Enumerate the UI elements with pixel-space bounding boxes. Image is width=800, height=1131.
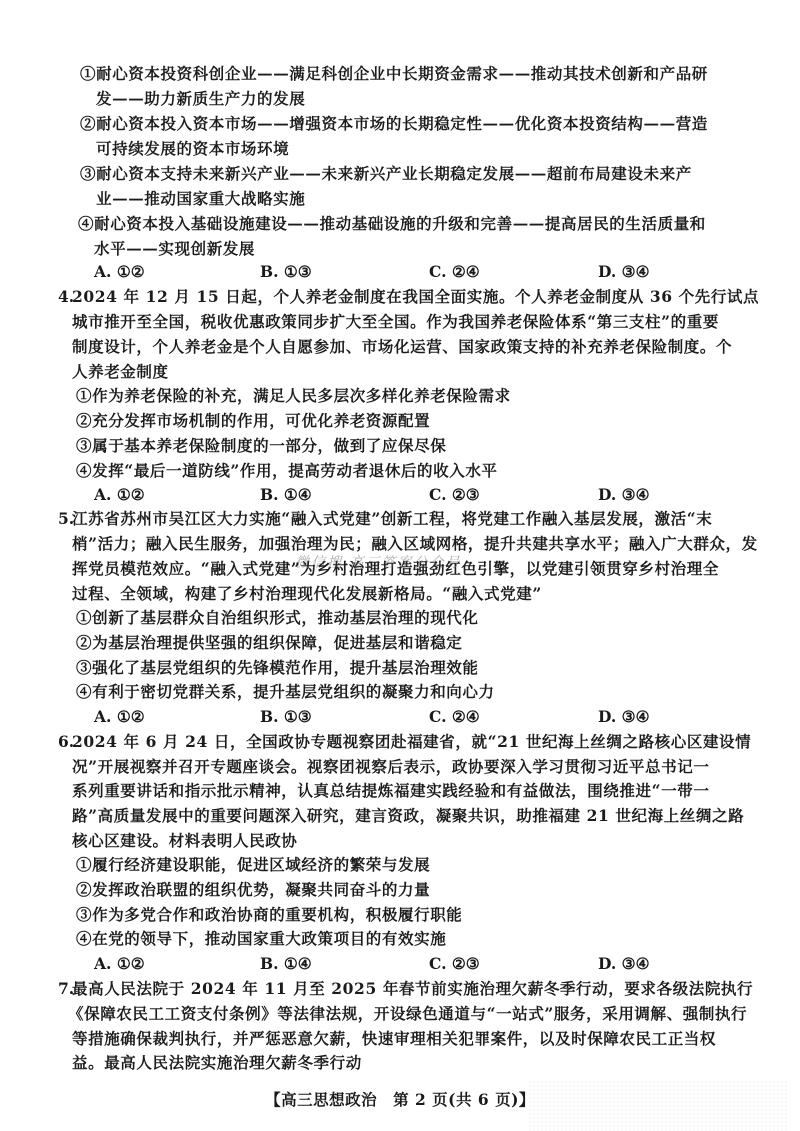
exam-page: ①耐心资本投资科创企业——满足科创企业中长期资金需求——推动其技术创新和产品研 … xyxy=(0,0,800,1131)
q5-stem-line: 过程、全领域，构建了乡村治理现代化发展新格局。“融入式党建” xyxy=(72,584,542,604)
q4-option-2: ②充分发挥市场机制的作用，可优化养老资源配置 xyxy=(76,411,430,431)
q4-stem-line: 制度设计，个人养老金是个人自愿参加、市场化运营、国家政策支持的补充养老保险制度。… xyxy=(72,337,732,357)
q5-stem-line: 梢”活力；融入民生服务，加强治理为民；融入区域网格，提升共建共享水平；融入广大群… xyxy=(72,534,758,554)
q3-option-3-line-2: 业——推动国家重大战略实施 xyxy=(96,189,305,209)
q3-answer-c: C. ②④ xyxy=(429,262,480,282)
q5-option-2: ②为基层治理提供坚强的组织保障，促进基层和谐稳定 xyxy=(76,633,462,653)
q5-answer-a: A. ①② xyxy=(94,707,145,727)
q3-answer-a: A. ①② xyxy=(94,262,145,282)
q3-option-1-line-2: 发——助力新质生产力的发展 xyxy=(96,89,305,109)
q7-stem-line: 益。最高人民法院实施治理欠薪冬季行动 xyxy=(72,1053,362,1073)
q3-option-4-line-2: 水平——实现创新发展 xyxy=(94,239,255,259)
q5-option-3: ③强化了基层党组织的先锋模范作用，提升基层治理效能 xyxy=(76,658,479,678)
q6-option-1: ①履行经济建设职能，促进区域经济的繁荣与发展 xyxy=(76,855,430,875)
q6-stem-line: 况”开展视察并召开专题座谈会。视察团视察后表示，政协要深入学习贯彻习近平总书记一 xyxy=(72,757,709,777)
q3-option-2-line-1: ②耐心资本投入资本市场——增强资本市场的长期稳定性——优化资本投资结构——营造 xyxy=(80,114,708,134)
q4-stem-line: 人养老金制度 xyxy=(72,362,169,382)
q7-stem-line: 《保障农民工工资支付条例》等法律法规，开设绿色通道与“一站式”服务，采用调解、强… xyxy=(68,1004,747,1024)
q3-option-2-line-2: 可持续发展的资本市场环境 xyxy=(96,139,289,159)
q3-option-3-line-1: ③耐心资本支持未来新兴产业——未来新兴产业长期稳定发展——超前布局建设未来产 xyxy=(80,164,692,184)
q6-answer-d: D. ③④ xyxy=(598,954,649,974)
q6-option-4: ④在党的领导下，推动国家重大政策项目的有效实施 xyxy=(76,929,446,949)
q4-answer-d: D. ③④ xyxy=(598,485,649,505)
q5-option-4: ④有利于密切党群关系，提升基层党组织的凝聚力和向心力 xyxy=(76,682,495,702)
q3-option-4-line-1: ④耐心资本投入基础设施建设——推动基础设施的升级和完善——提高居民的生活质量和 xyxy=(78,214,706,234)
q5-option-1: ①创新了基层群众自治组织形式，推动基层治理的现代化 xyxy=(76,608,479,628)
q5-answer-d: D. ③④ xyxy=(598,707,649,727)
q6-stem-line: 系列重要讲话和指示批示精神，认真总结提炼福建实践经验和有益做法，围绕推进“一带一 xyxy=(72,781,709,801)
page-footer: 【高三思想政治 第 2 页(共 6 页)】 xyxy=(0,1088,800,1110)
q4-option-4: ④发挥“最后一道防线”作用，提高劳动者退休后的收入水平 xyxy=(76,461,498,481)
q6-option-2: ②发挥政治联盟的组织优势，凝聚共同奋斗的力量 xyxy=(76,880,430,900)
q6-stem-line: 路”高质量发展中的重要问题深入研究，建言资政，凝聚共识，助推福建 21 世纪海上… xyxy=(72,806,744,826)
q4-option-1: ①作为养老保险的补充，满足人民多层次多样化养老保险需求 xyxy=(76,386,511,406)
q4-answer-b: B. ①④ xyxy=(260,485,312,505)
q5-stem-line: 江苏省苏州市吴江区大力实施“融入式党建”创新工程，将党建工作融入基层发展，激活“… xyxy=(72,509,712,529)
handwritten-watermark: 微信搜 高三答案公众号 xyxy=(295,552,461,572)
q6-option-3: ③作为多党合作和政治协商的重要机构，积极履行职能 xyxy=(76,905,462,925)
q6-answer-a: A. ①② xyxy=(94,954,145,974)
q5-answer-b: B. ①③ xyxy=(260,707,312,727)
q6-answer-b: B. ①④ xyxy=(260,954,312,974)
q4-option-3: ③属于基本养老保险制度的一部分，做到了应保尽保 xyxy=(76,436,446,456)
q6-stem-line: 2024 年 6 月 24 日，全国政协专题视察团赴福建省，就“21 世纪海上丝… xyxy=(72,732,751,752)
q4-stem-line: 2024 年 12 月 15 日起，个人养老金制度在我国全面实施。个人养老金制度… xyxy=(72,287,759,307)
q6-answer-c: C. ②③ xyxy=(429,954,480,974)
q7-stem-line: 最高人民法院于 2024 年 11 月至 2025 年春节前实施治理欠薪冬季行动… xyxy=(72,979,753,999)
q4-answer-c: C. ②③ xyxy=(429,485,480,505)
q6-stem-line: 核心区建设。材料表明人民政协 xyxy=(72,831,297,851)
q4-stem-line: 城市推开至全国，税收优惠政策同步扩大至全国。作为我国养老保险体系“第三支柱”的重… xyxy=(72,312,719,332)
q4-answer-a: A. ①② xyxy=(94,485,145,505)
q7-stem-line: 等措施确保裁判执行，并严惩恶意欠薪，快速审理相关犯罪案件，以及时保障农民工正当权 xyxy=(72,1029,716,1049)
q5-answer-c: C. ②④ xyxy=(429,707,480,727)
q3-answer-d: D. ③④ xyxy=(598,262,649,282)
q3-option-1-line-1: ①耐心资本投资科创企业——满足科创企业中长期资金需求——推动其技术创新和产品研 xyxy=(80,64,708,84)
q3-answer-b: B. ①③ xyxy=(260,262,312,282)
